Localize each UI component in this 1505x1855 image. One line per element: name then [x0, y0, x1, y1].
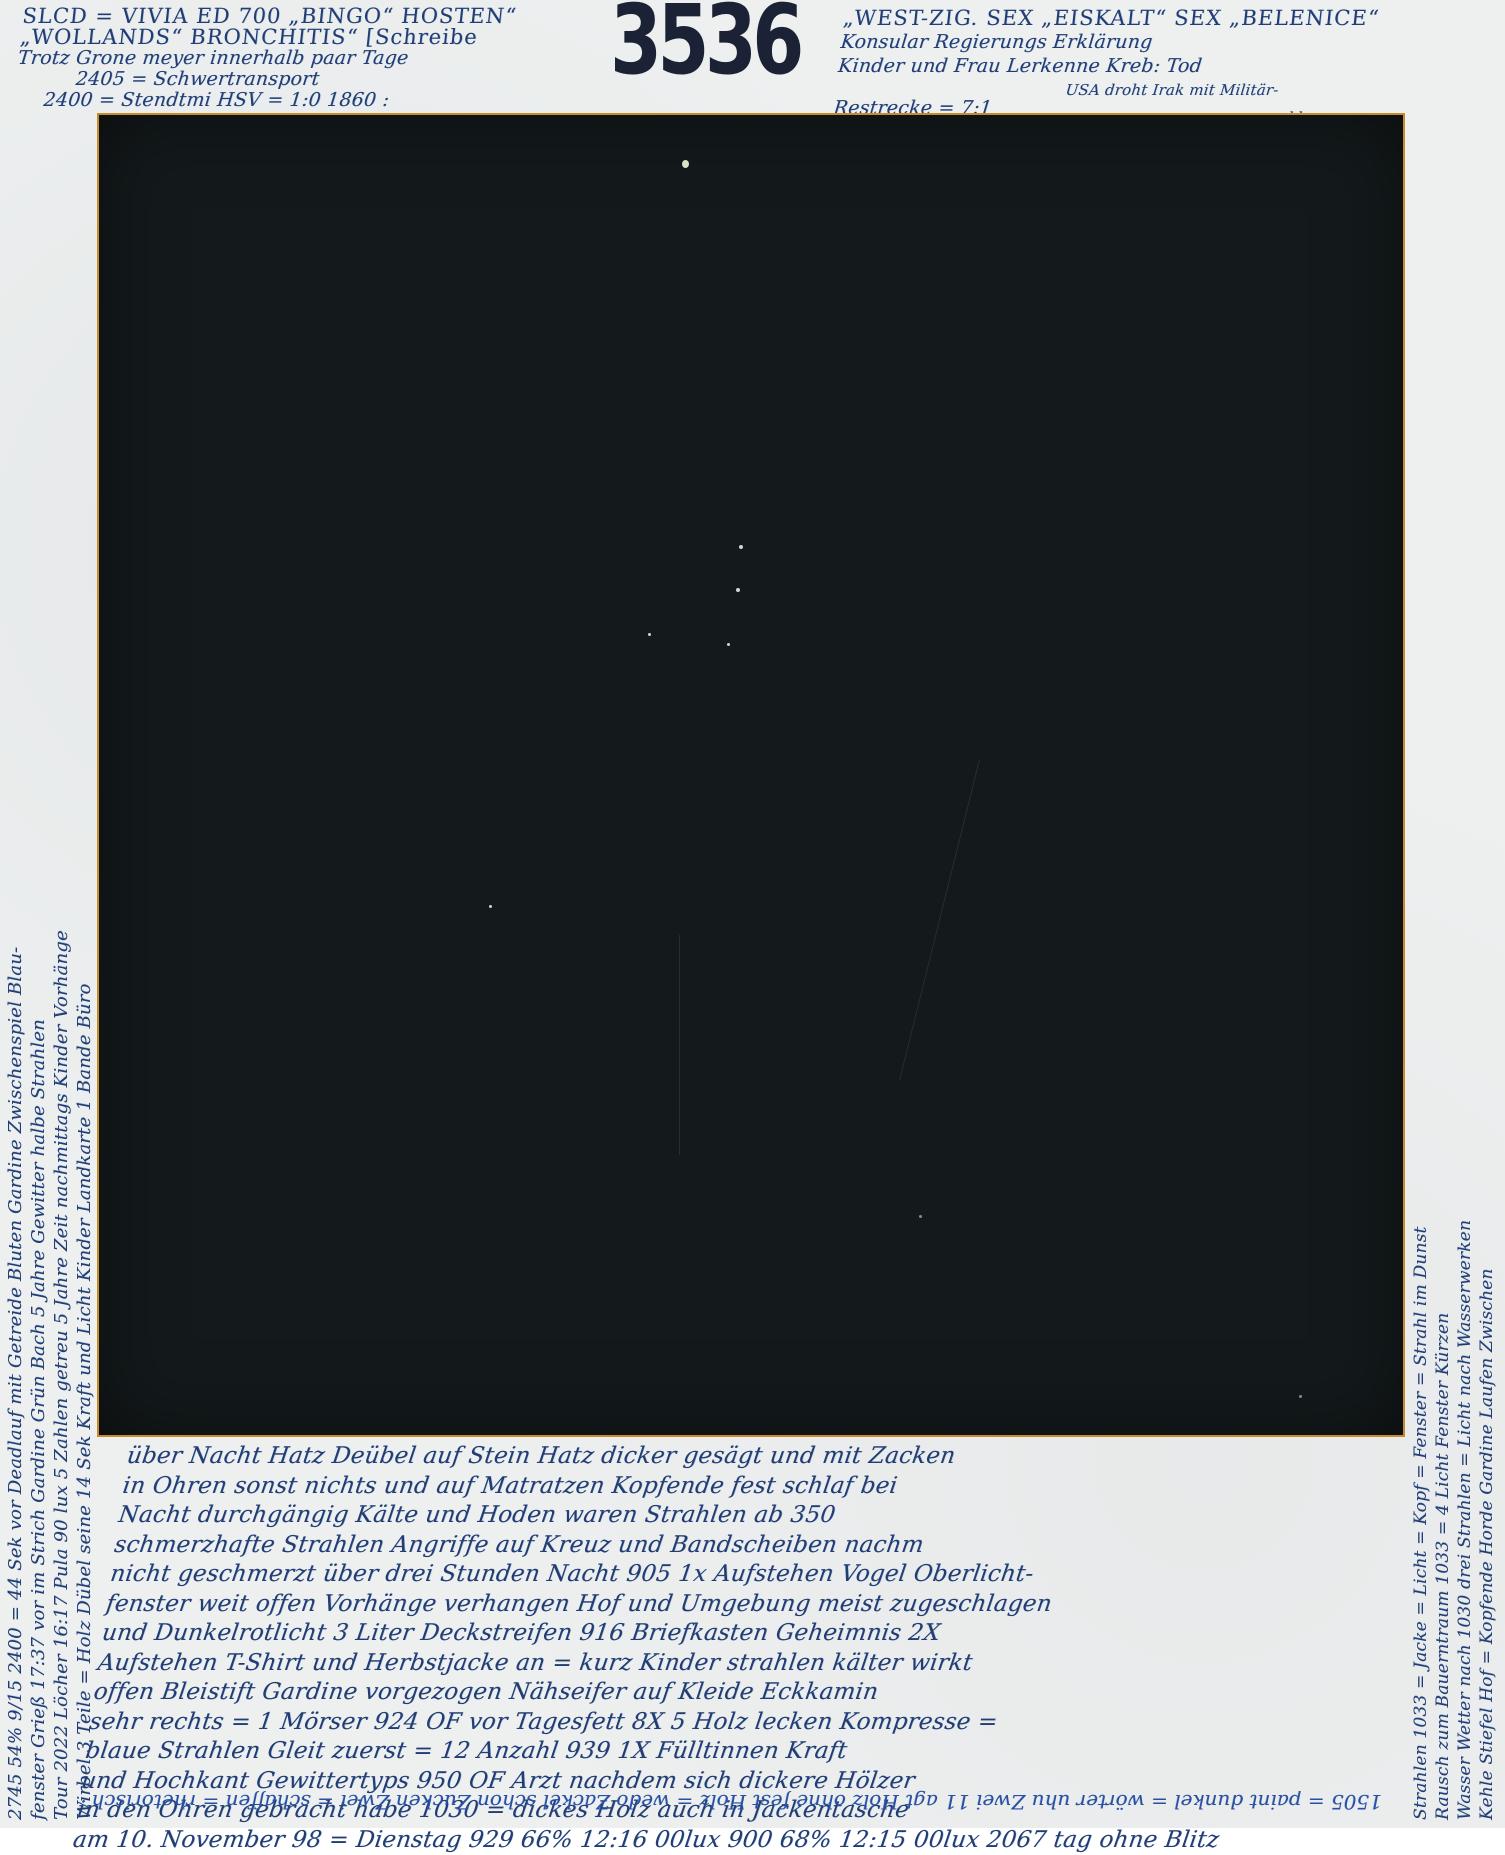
note-line: nicht geschmerzt über drei Stunden Nacht…: [108, 1560, 1258, 1590]
note-line: Trotz Grone meyer innerhalb paar Tage: [17, 48, 514, 69]
dust-speck: [1299, 1395, 1302, 1398]
note-line: in Ohren sonst nichts und auf Matratzen …: [121, 1472, 1271, 1502]
note-line: fenster Grieß 17:37 vor im Strich Gardin…: [27, 130, 50, 1820]
note-line: schmerzhafte Strahlen Angriffe auf Kreuz…: [112, 1531, 1262, 1561]
note-line: Tour 2022 Löcher 16:17 Pula 90 lux 5 Zah…: [50, 130, 73, 1820]
note-line: fenster weit offen Vorhänge verhangen Ho…: [104, 1590, 1254, 1620]
note-line: Konsular Regierungs Erklärung: [839, 30, 1378, 54]
dust-speck: [682, 160, 689, 168]
note-line: Strahlen 1033 = Jacke = Licht = Kopf = F…: [1410, 130, 1432, 1820]
note-line: „WEST-ZIG. SEX „EISKALT“ SEX „BELENICE“: [842, 6, 1381, 30]
note-line: über Nacht Hatz Deübel auf Stein Hatz di…: [125, 1442, 1275, 1472]
note-line: 2400 = Stendtmi HSV = 1:0 1860 :: [12, 90, 509, 111]
artwork-number: 3536: [610, 0, 800, 88]
note-line: Wirbel 3 Teile = Holz Dübel seine 14 Sek…: [73, 130, 96, 1820]
dust-speck: [727, 643, 730, 646]
dust-speck: [648, 633, 651, 636]
bottom-handwritten-notes: über Nacht Hatz Deübel auf Stein Hatz di…: [71, 1442, 1275, 1828]
note-line: 2745 54% 9/15 2400 = 44 Sek vor Deadlauf…: [4, 130, 27, 1820]
polaroid-artwork: SLCD = VIVIA ED 700 „BINGO“ HOSTEN“ „WOL…: [0, 0, 1505, 1828]
note-line: Wasser Wetter nach 1030 drei Strahlen = …: [1454, 130, 1476, 1820]
right-margin-handwritten-notes: Strahlen 1033 = Jacke = Licht = Kopf = F…: [1410, 130, 1498, 1820]
note-line: und Dunkelrotlicht 3 Liter Deckstreifen …: [100, 1619, 1250, 1649]
note-line: offen Bleistift Gardine vorgezogen Nähse…: [92, 1678, 1242, 1708]
dust-speck: [919, 1215, 922, 1218]
note-line: Kinder und Frau Lerkenne Kreb: Tod: [837, 54, 1376, 78]
scratch-mark: [899, 760, 980, 1080]
left-margin-handwritten-notes: 2745 54% 9/15 2400 = 44 Sek vor Deadlauf…: [4, 130, 96, 1820]
note-line: SLCD = VIVIA ED 700 „BINGO“ HOSTEN“: [21, 6, 518, 27]
note-line: „WOLLANDS“ BRONCHITIS“ [Schreibe: [19, 27, 516, 48]
note-line: Kehle Stiefel Hof = Kopfende Horde Gardi…: [1476, 130, 1498, 1820]
upside-down-note: 1505 = paint dunkel = wörter uhu Zwei 11…: [82, 1790, 1382, 1814]
top-right-handwritten-notes: „WEST-ZIG. SEX „EISKALT“ SEX „BELENICE“ …: [831, 6, 1380, 130]
top-left-handwritten-notes: SLCD = VIVIA ED 700 „BINGO“ HOSTEN“ „WOL…: [12, 6, 517, 111]
note-line: Rausch zum Bauerntraum 1033 = 4 Licht Fe…: [1432, 130, 1454, 1820]
dust-speck: [739, 545, 743, 549]
scratch-mark: [679, 935, 680, 1155]
note-line: 2405 = Schwertransport: [15, 69, 512, 90]
note-line: blaue Strahlen Gleit zuerst = 12 Anzahl …: [83, 1737, 1233, 1767]
note-line: Nacht durchgängig Kälte und Hoden waren …: [117, 1501, 1267, 1531]
black-square-image: [97, 113, 1405, 1437]
dust-speck: [489, 905, 492, 908]
note-line: sehr rechts = 1 Mörser 924 OF vor Tagesf…: [88, 1708, 1238, 1738]
dust-speck: [736, 588, 740, 592]
note-line: Aufstehen T-Shirt und Herbstjacke an = k…: [96, 1649, 1246, 1679]
